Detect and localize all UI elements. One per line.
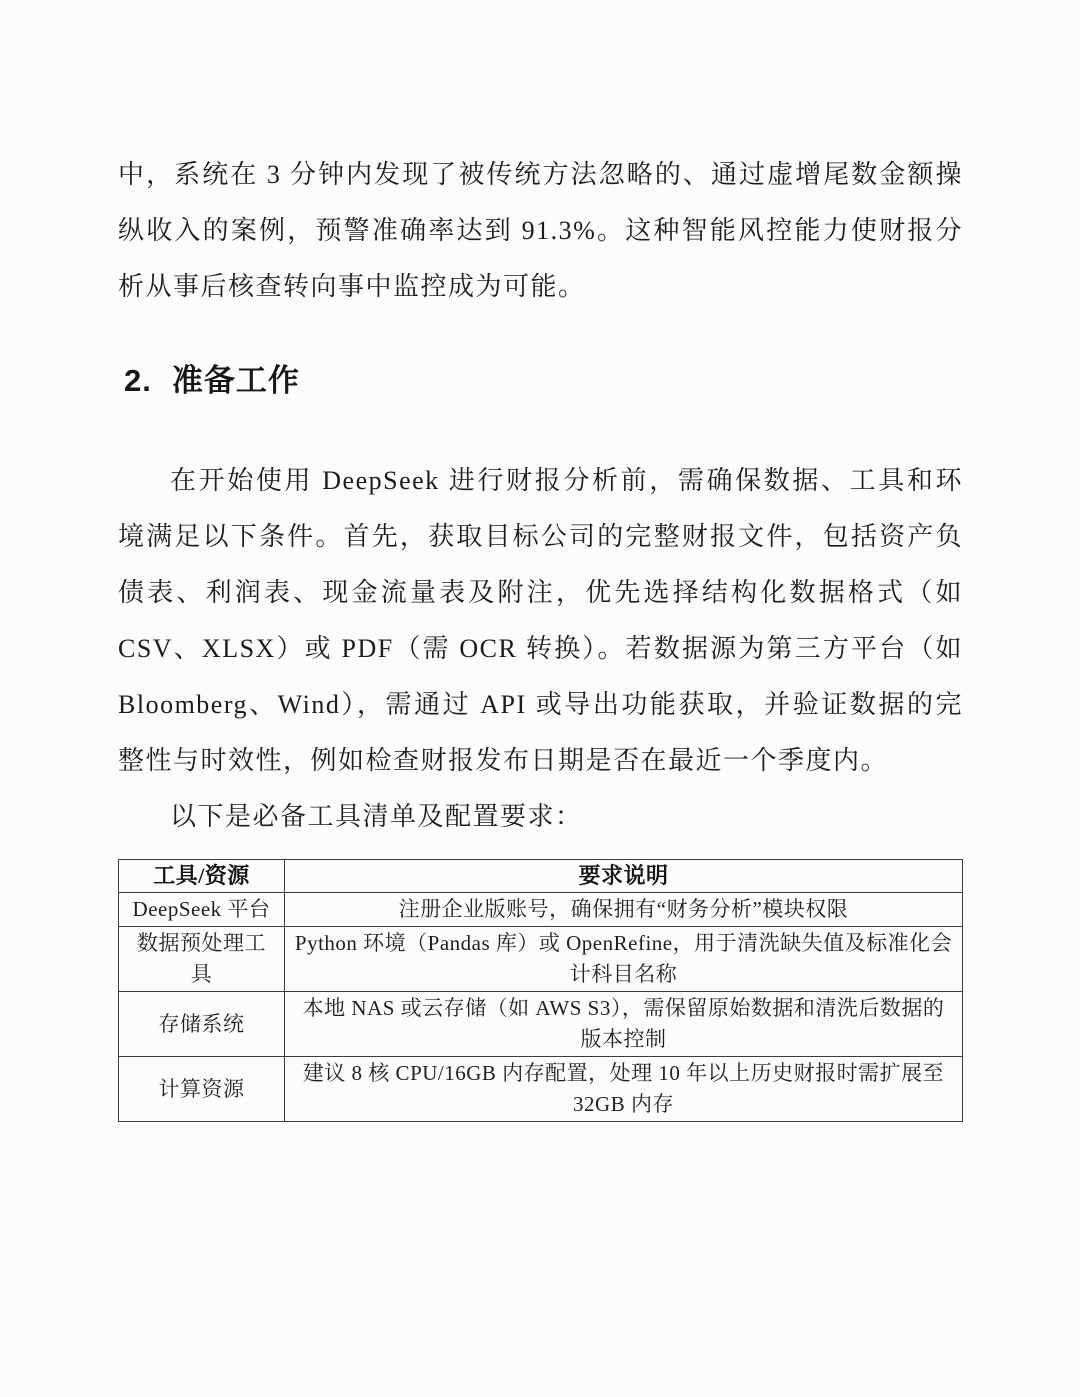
section-number: 2. xyxy=(124,363,152,398)
section-heading: 2.准备工作 xyxy=(124,361,963,401)
table-header-requirement: 要求说明 xyxy=(285,860,963,893)
table-row: DeepSeek 平台 注册企业版账号，确保拥有“财务分析”模块权限 xyxy=(119,893,963,927)
table-row: 存储系统 本地 NAS 或云存储（如 AWS S3），需保留原始数据和清洗后数据… xyxy=(119,992,963,1057)
table-row: 数据预处理工具 Python 环境（Pandas 库）或 OpenRefine，… xyxy=(119,927,963,992)
table-header-row: 工具/资源 要求说明 xyxy=(119,860,963,893)
tool-cell: 数据预处理工具 xyxy=(119,927,285,992)
requirement-cell: 注册企业版账号，确保拥有“财务分析”模块权限 xyxy=(285,893,963,927)
tools-requirements-table: 工具/资源 要求说明 DeepSeek 平台 注册企业版账号，确保拥有“财务分析… xyxy=(118,859,963,1122)
section-title: 准备工作 xyxy=(172,363,300,398)
table-header-tool: 工具/资源 xyxy=(119,860,285,893)
tool-cell: DeepSeek 平台 xyxy=(119,893,285,927)
tool-cell: 存储系统 xyxy=(119,992,285,1057)
requirement-cell: 本地 NAS 或云存储（如 AWS S3），需保留原始数据和清洗后数据的版本控制 xyxy=(285,992,963,1057)
requirement-cell: 建议 8 核 CPU/16GB 内存配置，处理 10 年以上历史财报时需扩展至 … xyxy=(285,1057,963,1122)
document-page: 中，系统在 3 分钟内发现了被传统方法忽略的、通过虚增尾数金额操纵收入的案例，预… xyxy=(0,0,1080,1397)
paragraph-intro: 在开始使用 DeepSeek 进行财报分析前，需确保数据、工具和环境满足以下条件… xyxy=(118,453,963,789)
paragraph-continuation: 中，系统在 3 分钟内发现了被传统方法忽略的、通过虚增尾数金额操纵收入的案例，预… xyxy=(118,147,963,315)
paragraph-table-lead: 以下是必备工具清单及配置要求： xyxy=(118,789,963,845)
table-row: 计算资源 建议 8 核 CPU/16GB 内存配置，处理 10 年以上历史财报时… xyxy=(119,1057,963,1122)
requirement-cell: Python 环境（Pandas 库）或 OpenRefine，用于清洗缺失值及… xyxy=(285,927,963,992)
tool-cell: 计算资源 xyxy=(119,1057,285,1122)
